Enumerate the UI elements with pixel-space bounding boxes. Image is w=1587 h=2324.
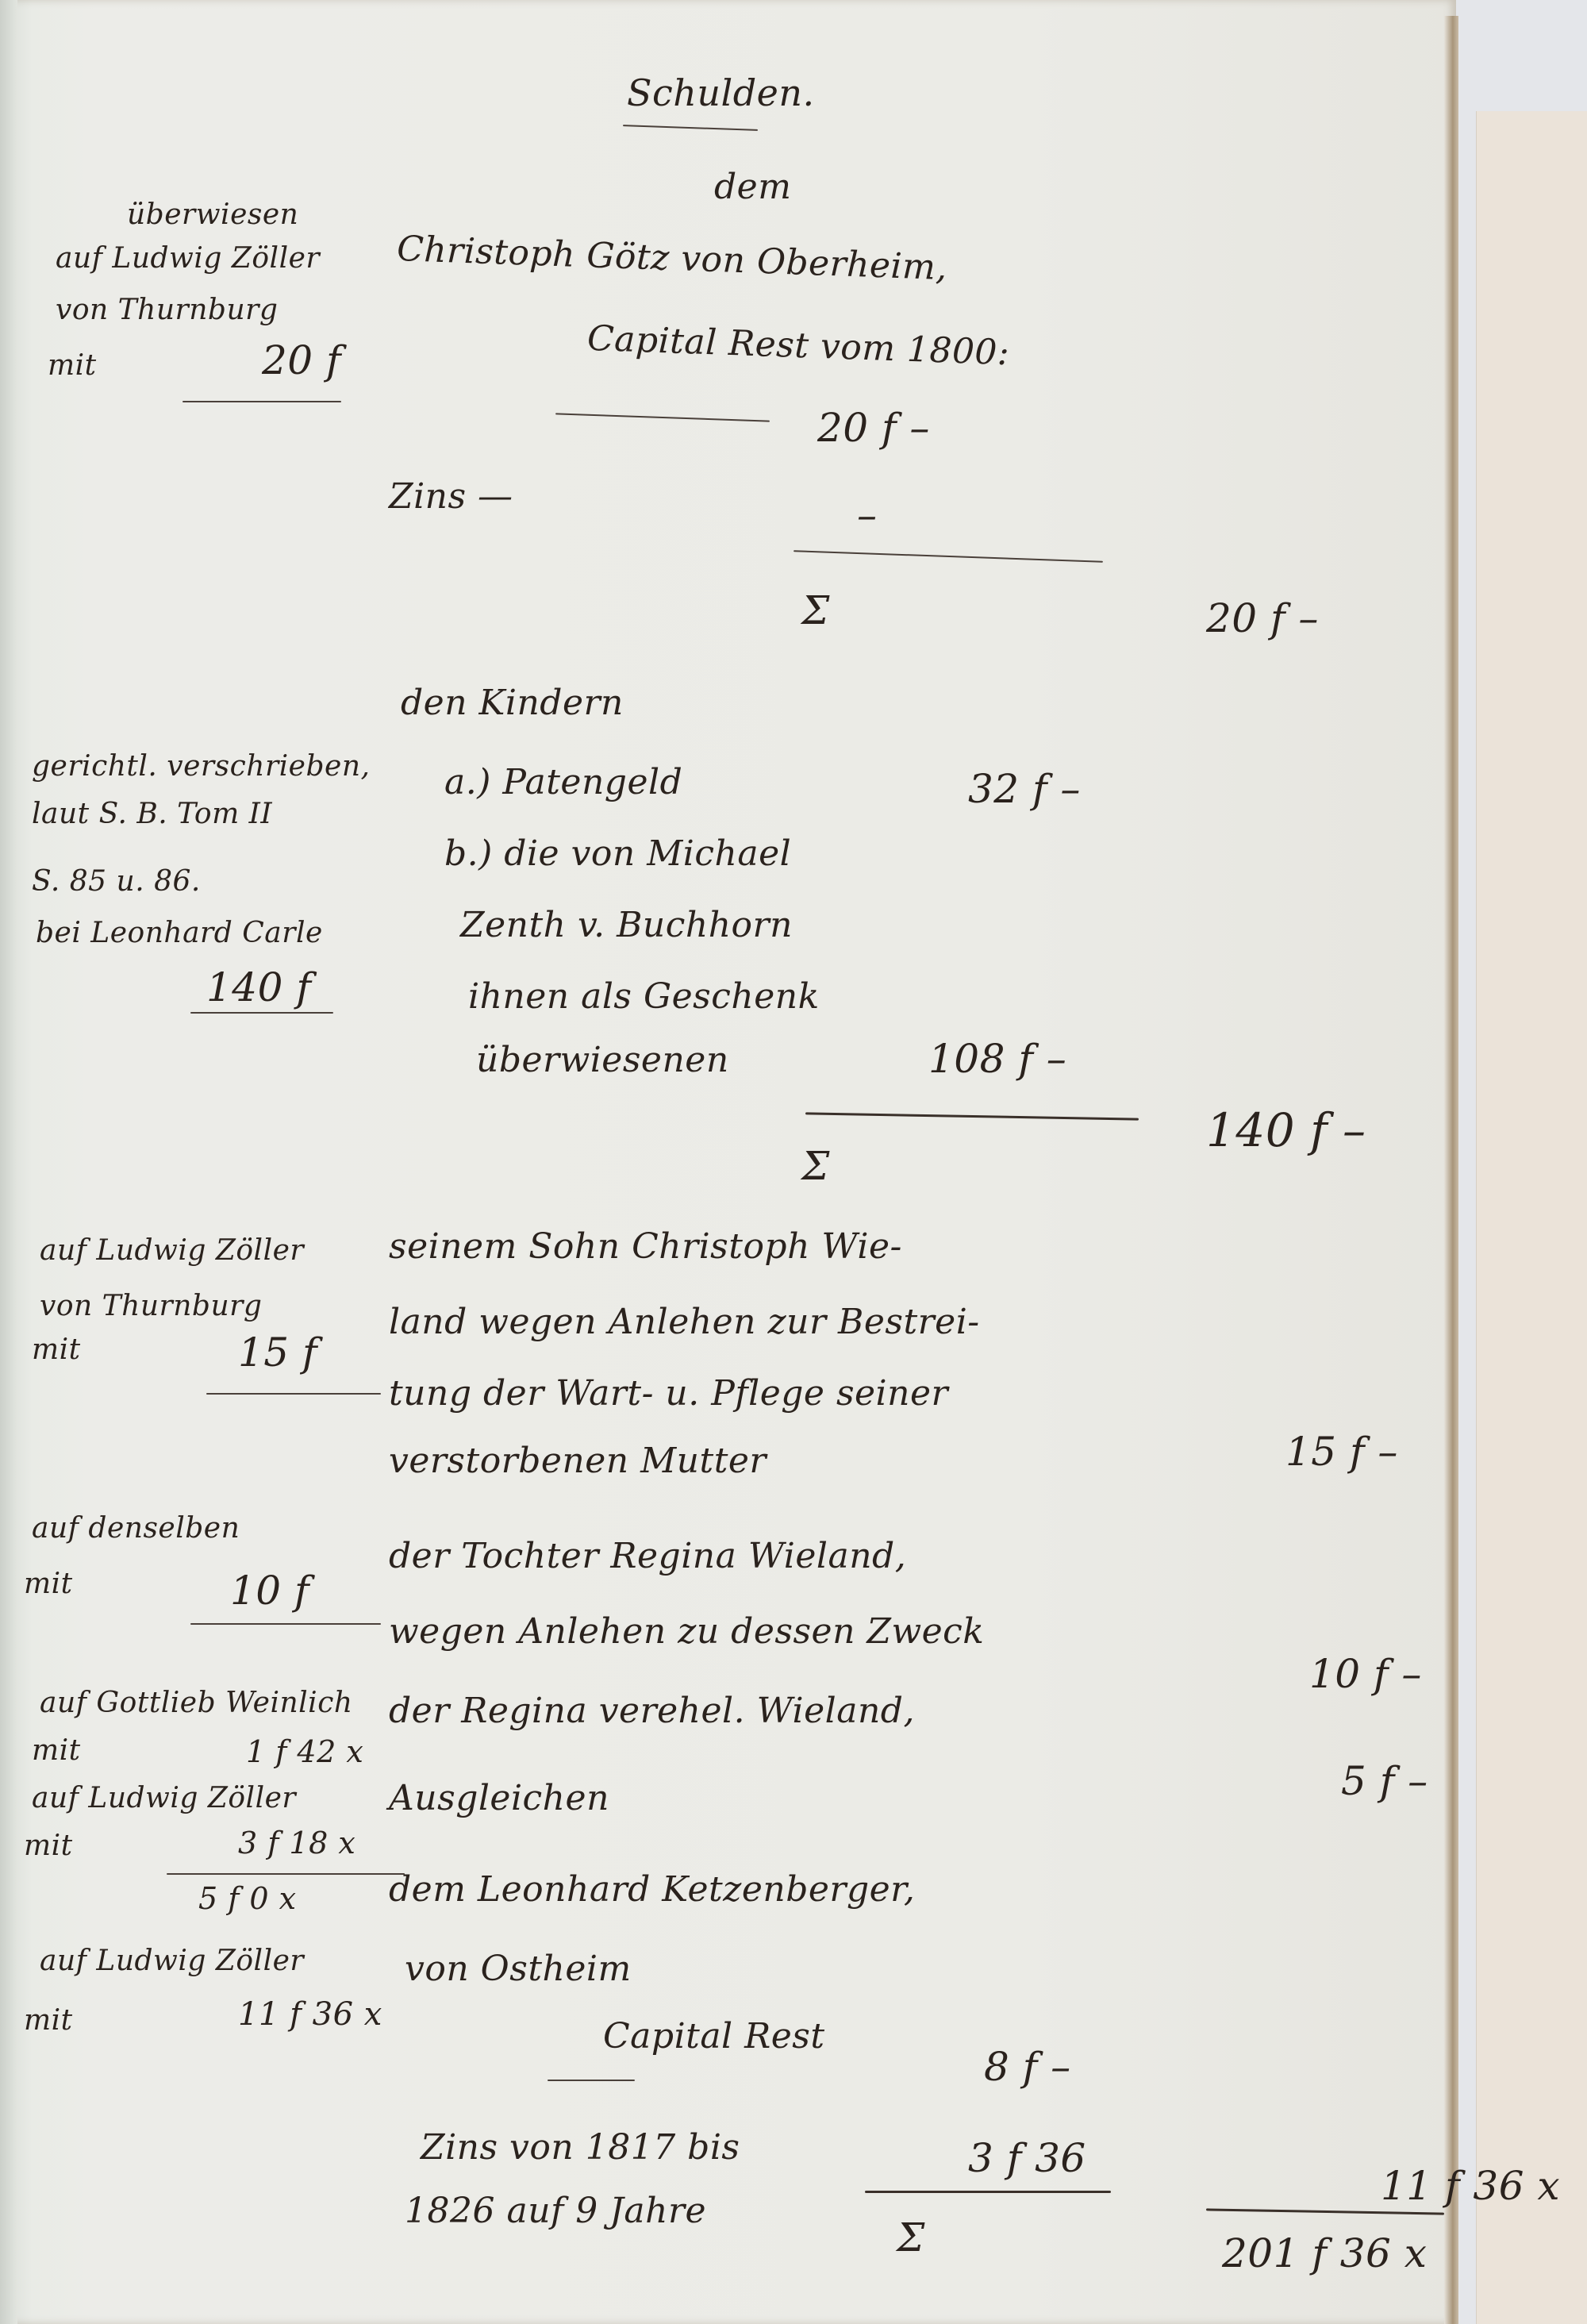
margin-note-3-rule bbox=[206, 1393, 381, 1395]
entry-6-total: 11 f 36 x bbox=[1381, 2163, 1560, 2209]
entry-6-line-1: dem Leonhard Ketzenberger, bbox=[389, 1869, 915, 1910]
entry-1-line-2: Christoph Götz von Oberheim, bbox=[396, 229, 947, 288]
entry-4-line-2: wegen Anlehen zu dessen Zweck bbox=[389, 1611, 984, 1652]
margin-note-1-amount: 20 f bbox=[262, 337, 341, 383]
entry-1-total: 20 f – bbox=[1206, 595, 1319, 641]
margin-note-5-rule bbox=[167, 1873, 405, 1875]
entry-6-capital-label: Capital Rest bbox=[603, 2016, 825, 2057]
margin-note-1-line-1: überwiesen bbox=[127, 198, 298, 231]
entry-2-item-a-amount: 32 f – bbox=[968, 766, 1081, 812]
margin-note-2-line-3: S. 85 u. 86. bbox=[32, 865, 201, 898]
entry-2-item-b-line-4: überwiesenen bbox=[476, 1040, 729, 1080]
entry-1-zins-amount: – bbox=[857, 492, 878, 538]
entry-2-item-a-label: a.) Patengeld bbox=[444, 762, 682, 802]
entry-5-total: 5 f – bbox=[1341, 1758, 1428, 1804]
margin-note-3-line-3: mit bbox=[32, 1333, 81, 1366]
margin-note-3-line-2: von Thurnburg bbox=[40, 1290, 262, 1322]
entry-1-zins-label: Zins — bbox=[389, 476, 513, 517]
margin-note-5-amount-1: 1 f 42 x bbox=[246, 1734, 363, 1769]
entry-4-total: 10 f – bbox=[1309, 1651, 1422, 1697]
book-gutter bbox=[0, 0, 17, 2324]
margin-note-4-rule bbox=[190, 1623, 381, 1625]
entry-5-line-1: der Regina verehel. Wieland, bbox=[389, 1691, 915, 1731]
ledger-page: Schulden. dem Christoph Götz von Oberhei… bbox=[0, 0, 1456, 2324]
margin-note-2-line-4: bei Leonhard Carle bbox=[36, 917, 323, 949]
grand-total-rule bbox=[1206, 2208, 1444, 2214]
entry-3-line-2: land wegen Anlehen zur Bestrei- bbox=[389, 1302, 980, 1342]
entry-6-sum-label: Σ bbox=[897, 2214, 925, 2261]
entry-1-rule bbox=[555, 413, 770, 421]
entry-6-capital-amount: 8 f – bbox=[984, 2044, 1071, 2090]
entry-6-sum-rule bbox=[865, 2191, 1111, 2193]
page-heading: Schulden. bbox=[627, 71, 815, 114]
entry-2-item-b-amount: 108 f – bbox=[928, 1036, 1066, 1082]
margin-note-3-line-1: auf Ludwig Zöller bbox=[40, 1234, 304, 1267]
margin-note-1-rule bbox=[183, 401, 341, 402]
paper-backing-sheet bbox=[1476, 111, 1587, 2324]
entry-1-line-1: dem bbox=[714, 167, 791, 207]
entry-1-line-3: Capital Rest vom 1800: bbox=[586, 318, 1010, 374]
entry-2-sum-rule bbox=[805, 1112, 1139, 1120]
margin-note-2-rule bbox=[190, 1012, 333, 1014]
margin-note-6-line-2: mit bbox=[24, 2004, 73, 2037]
entry-3-line-4: verstorbenen Mutter bbox=[389, 1441, 767, 1481]
margin-note-5-line-2: mit bbox=[32, 1734, 81, 1767]
margin-note-5-amount-2: 3 f 18 x bbox=[238, 1826, 355, 1860]
entry-4-line-1: der Tochter Regina Wieland, bbox=[389, 1536, 906, 1576]
entry-1-capital-amount: 20 f – bbox=[817, 405, 930, 451]
margin-note-5-sum: 5 f 0 x bbox=[198, 1881, 297, 1916]
margin-note-5-line-4: mit bbox=[24, 1830, 73, 1862]
entry-1-sum-rule bbox=[793, 550, 1103, 563]
entry-3-total: 15 f – bbox=[1285, 1429, 1398, 1475]
entry-2-sum-label: Σ bbox=[801, 1143, 830, 1189]
entry-6-zins-label-2: 1826 auf 9 Jahre bbox=[405, 2191, 706, 2231]
margin-note-4-line-1: auf denselben bbox=[32, 1512, 240, 1545]
entry-6-zins-label-1: Zins von 1817 bis bbox=[421, 2127, 740, 2168]
page-edge bbox=[1444, 16, 1458, 2324]
heading-underline bbox=[623, 125, 758, 131]
entry-3-line-3: tung der Wart- u. Pflege seiner bbox=[389, 1373, 948, 1414]
margin-note-1-line-2: auf Ludwig Zöller bbox=[56, 242, 320, 275]
entry-2-item-b-line-3: ihnen als Geschenk bbox=[468, 976, 820, 1017]
entry-2-line-1: den Kindern bbox=[401, 683, 624, 723]
margin-note-5-line-3: auf Ludwig Zöller bbox=[32, 1782, 296, 1814]
entry-2-item-b-line-1: b.) die von Michael bbox=[444, 833, 791, 874]
margin-note-2-line-2: laut S. B. Tom II bbox=[32, 798, 272, 830]
margin-note-1-line-3: von Thurnburg bbox=[56, 294, 278, 326]
entry-6-line-2: von Ostheim bbox=[405, 1949, 632, 1989]
entry-2-total: 140 f – bbox=[1206, 1103, 1366, 1157]
entry-5-line-2: Ausgleichen bbox=[389, 1778, 609, 1818]
grand-total: 201 f 36 x bbox=[1222, 2230, 1427, 2276]
margin-note-4-line-2: mit bbox=[24, 1568, 73, 1600]
margin-note-4-amount: 10 f bbox=[230, 1568, 309, 1614]
margin-note-3-amount: 15 f bbox=[238, 1329, 317, 1376]
margin-note-5-line-1: auf Gottlieb Weinlich bbox=[40, 1687, 353, 1719]
entry-1-sum-label: Σ bbox=[801, 587, 830, 633]
margin-note-6-line-1: auf Ludwig Zöller bbox=[40, 1945, 304, 1977]
margin-note-1-line-4: mit bbox=[48, 349, 97, 382]
entry-2-item-b-line-2: Zenth v. Buchhorn bbox=[460, 905, 793, 945]
margin-note-2-amount: 140 f bbox=[206, 964, 311, 1010]
margin-note-6-amount: 11 f 36 x bbox=[238, 1996, 382, 2033]
margin-note-2-line-1: gerichtl. verschrieben, bbox=[32, 750, 370, 783]
entry-6-zins-amount: 3 f 36 bbox=[968, 2135, 1086, 2181]
entry-6-capital-rule bbox=[548, 2080, 635, 2081]
entry-3-line-1: seinem Sohn Christoph Wie- bbox=[389, 1226, 902, 1267]
